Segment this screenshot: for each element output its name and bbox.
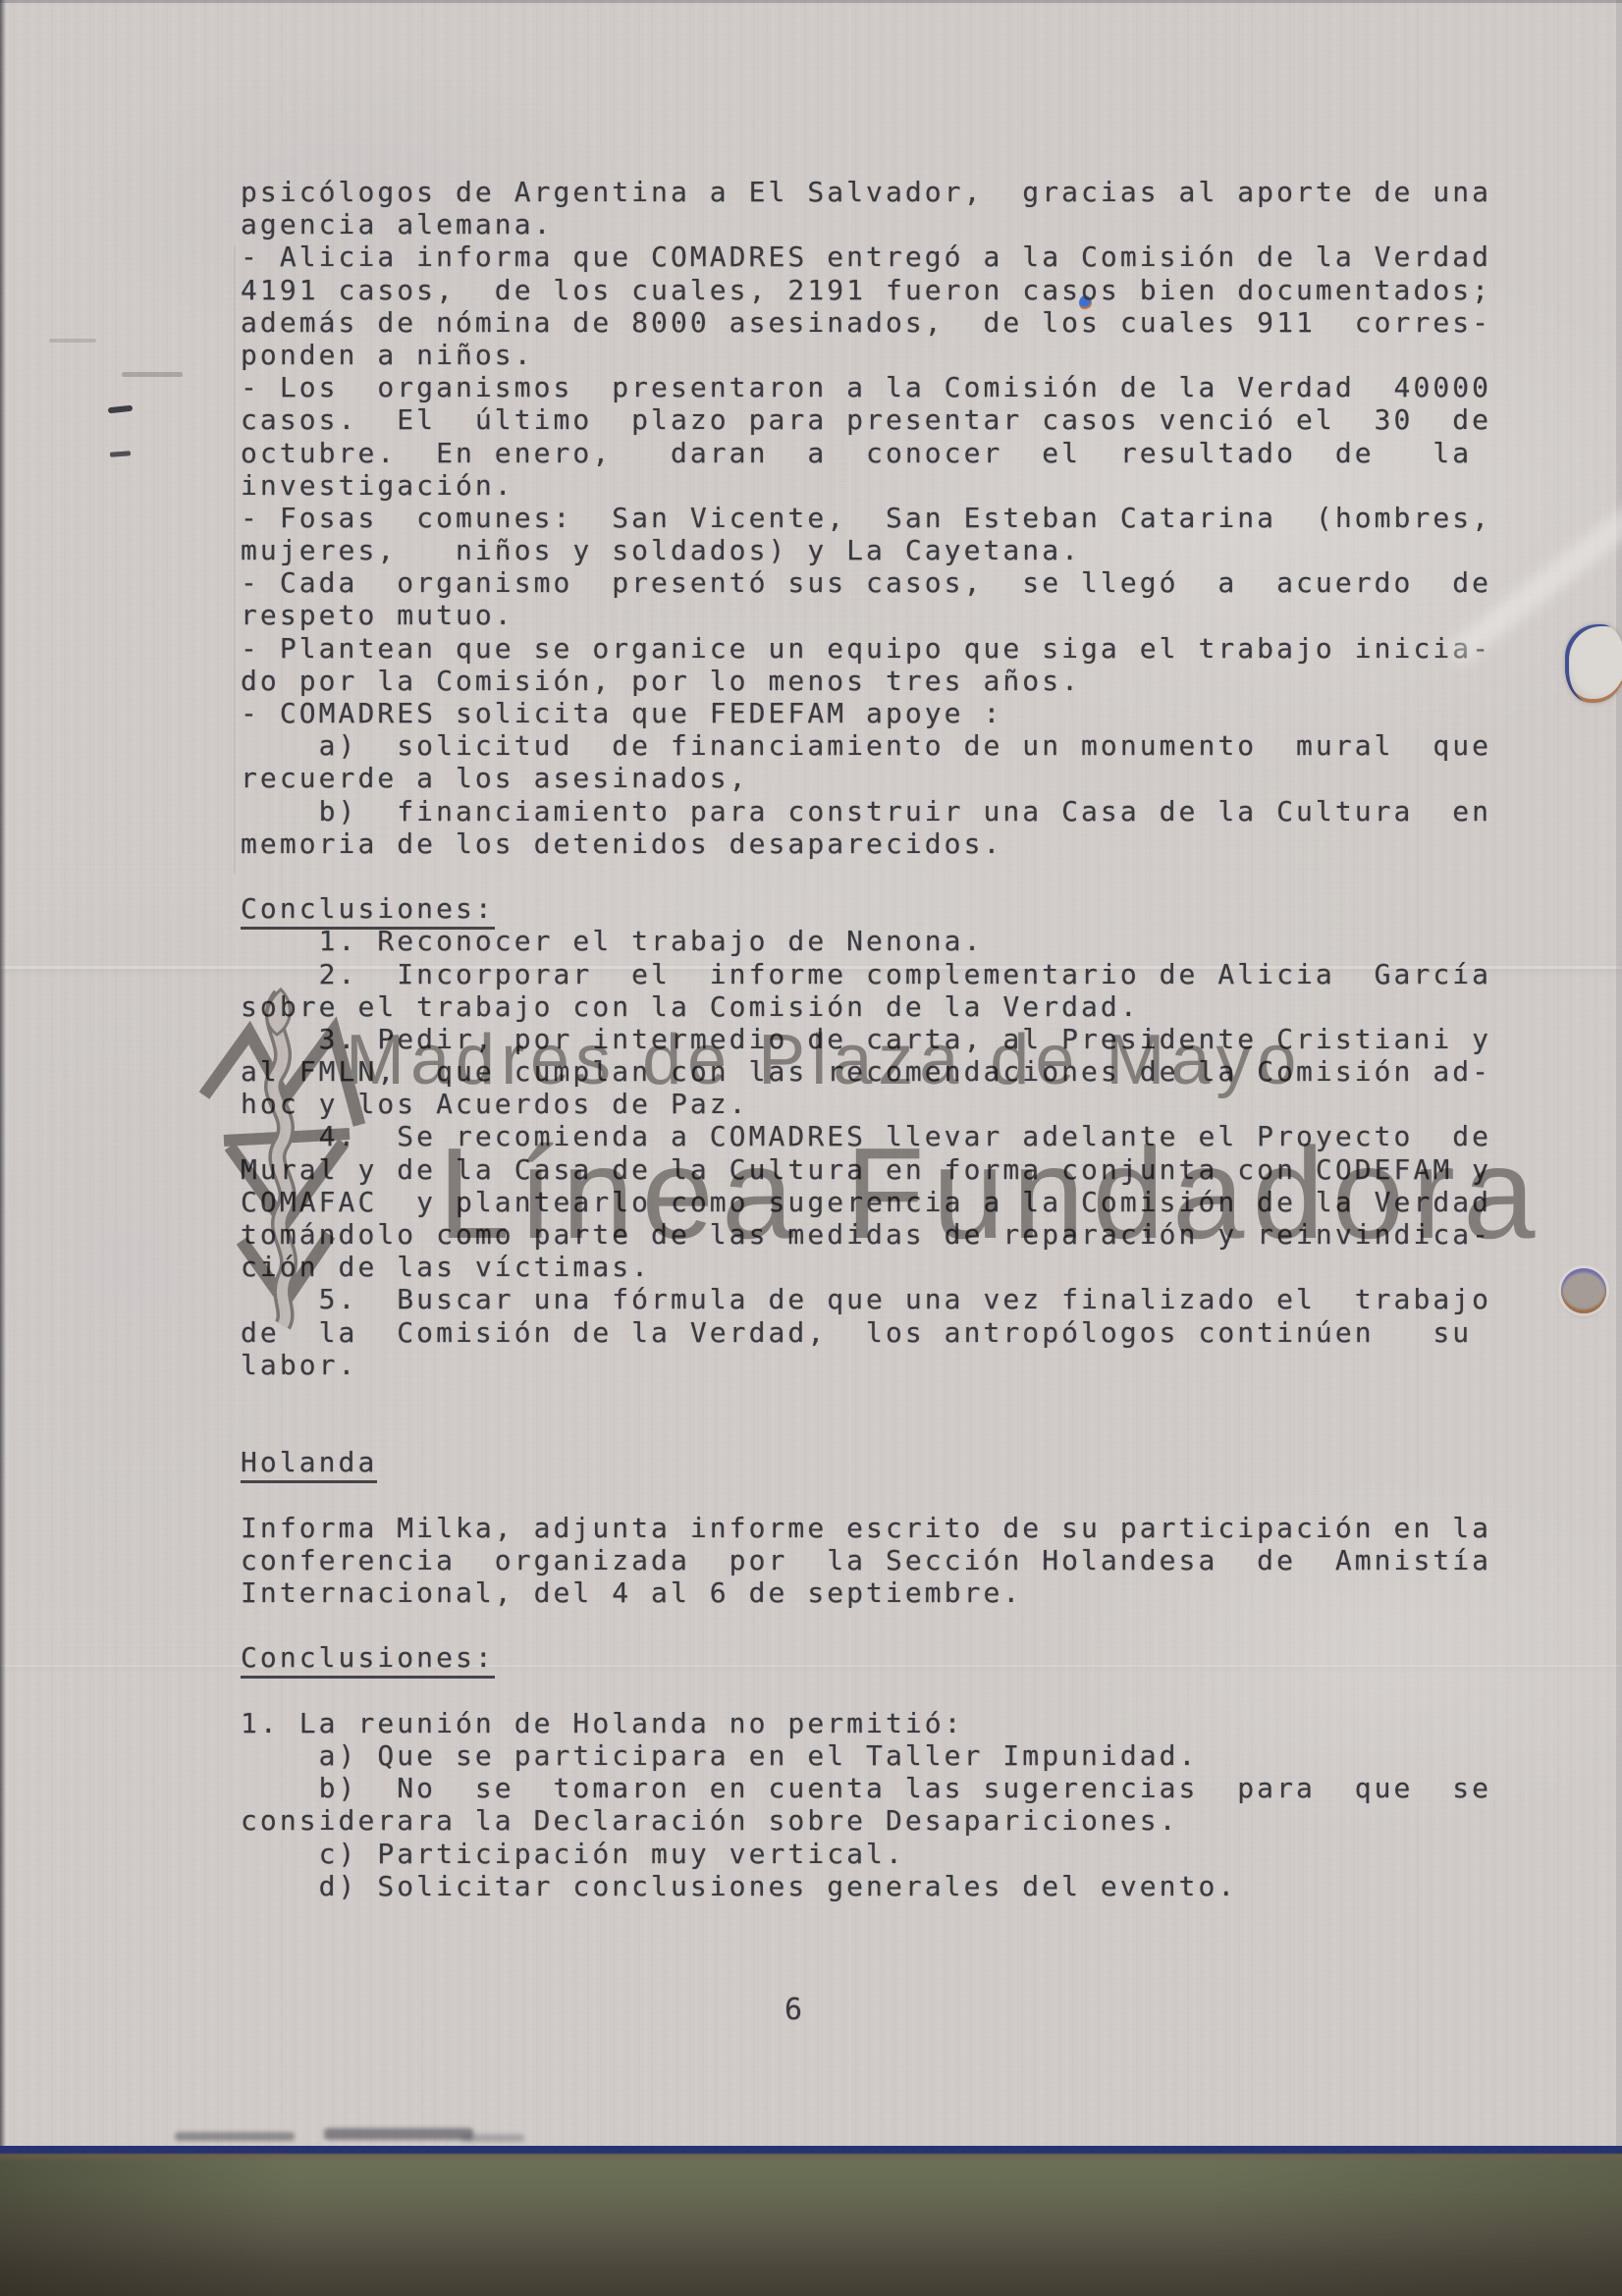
text-line: recuerde a los asesinados, <box>241 762 1491 794</box>
punched-hole <box>1561 1268 1606 1313</box>
edge-smudge <box>324 2128 473 2140</box>
text-line <box>241 1381 1491 1414</box>
text-line: 3. Pedir, por intermedio de carta, al Pr… <box>241 1023 1491 1055</box>
scan-left-edge <box>0 0 6 2296</box>
text-line: 5. Buscar una fórmula de que una vez fin… <box>241 1283 1491 1315</box>
text-line: COMAFAC y plantearlo como sugerencia a l… <box>241 1186 1491 1218</box>
scan-right-edge <box>1616 0 1622 2296</box>
text-line: investigación. <box>241 469 1491 502</box>
text-line: labor. <box>241 1349 1491 1381</box>
section-heading: Holanda <box>241 1446 1491 1478</box>
section-heading: Conclusiones: <box>241 1641 1491 1674</box>
margin-mark <box>110 451 131 456</box>
text-line <box>241 1609 1491 1641</box>
text-line <box>241 1414 1491 1446</box>
text-line: 2. Incorporar el informe complementario … <box>241 958 1491 990</box>
text-line: respeto mutuo. <box>241 599 1491 631</box>
text-line: 4191 casos, de los cuales, 2191 fueron c… <box>241 274 1491 306</box>
text-line: - COMADRES solicita que FEDEFAM apoye : <box>241 697 1491 729</box>
text-line: mujeres, niños y soldados) y La Cayetana… <box>241 534 1491 566</box>
text-line: 1. La reunión de Holanda no permitió: <box>241 1707 1491 1739</box>
text-line: - Alicia informa que COMADRES entregó a … <box>241 240 1491 273</box>
text-line: además de nómina de 8000 asesinados, de … <box>241 306 1491 339</box>
text-line: Internacional, del 4 al 6 de septiembre. <box>241 1576 1491 1609</box>
text-line: d) Solicitar conclusiones generales del … <box>241 1870 1491 1902</box>
text-line: a) solicitud de financiamiento de un mon… <box>241 729 1491 762</box>
text-line: conferencia organizada por la Sección Ho… <box>241 1544 1491 1576</box>
text-line <box>241 1479 1491 1512</box>
text-line: octubre. En enero, daran a conocer el re… <box>241 437 1491 469</box>
text-line: 4. Se recomienda a COMADRES llevar adela… <box>241 1120 1491 1152</box>
text-line: ponden a niños. <box>241 339 1491 371</box>
text-line: psicólogos de Argentina a El Salvador, g… <box>241 176 1491 208</box>
margin-mark <box>108 405 133 414</box>
edge-smudge <box>175 2132 295 2141</box>
margin-mark <box>122 372 183 377</box>
text-line: - Plantean que se organice un equipo que… <box>241 632 1491 665</box>
scanner-bed <box>0 2146 1622 2296</box>
text-line: sobre el trabajo con la Comisión de la V… <box>241 990 1491 1023</box>
text-line: - Fosas comunes: San Vicente, San Esteba… <box>241 502 1491 534</box>
text-line: 1. Reconocer el trabajo de Nenona. <box>241 925 1491 957</box>
text-line: considerara la Declaración sobre Desapar… <box>241 1804 1491 1837</box>
text-line: hoc y los Acuerdos de Paz. <box>241 1088 1491 1120</box>
margin-mark <box>49 339 96 343</box>
text-line: de la Comisión de la Verdad, los antropó… <box>241 1316 1491 1349</box>
section-heading: Conclusiones: <box>241 892 1491 925</box>
text-line: a) Que se participara en el Taller Impun… <box>241 1739 1491 1772</box>
text-line: b) No se tomaron en cuenta las sugerenci… <box>241 1772 1491 1804</box>
page-number: 6 <box>784 1993 804 2027</box>
text-line: tomándolo como parte de las medidas de r… <box>241 1218 1491 1251</box>
text-line: Informa Milka, adjunta informe escrito d… <box>241 1512 1491 1544</box>
paper-fold-vertical <box>234 245 236 874</box>
text-line: Mural y de la Casa de la Cultura en form… <box>241 1153 1491 1186</box>
text-line: agencia alemana. <box>241 208 1491 240</box>
text-line: memoria de los detenidos desaparecidos. <box>241 828 1491 860</box>
text-line: - Los organismos presentaron a la Comisi… <box>241 371 1491 403</box>
text-line <box>241 1675 1491 1707</box>
text-line <box>241 860 1491 892</box>
document-text: psicólogos de Argentina a El Salvador, g… <box>241 176 1491 1902</box>
edge-smudge <box>461 2134 524 2142</box>
text-line: ción de las víctimas. <box>241 1251 1491 1283</box>
text-line: al FMLN, que cumplan con las recomendaci… <box>241 1055 1491 1088</box>
text-line: c) Participación muy vertical. <box>241 1838 1491 1870</box>
text-line: do por la Comisión, por lo menos tres añ… <box>241 665 1491 697</box>
text-line: - Cada organismo presentó sus casos, se … <box>241 566 1491 599</box>
text-line: casos. El último plazo para presentar ca… <box>241 403 1491 436</box>
text-line: b) financiamiento para construir una Cas… <box>241 795 1491 828</box>
torn-paper-mark <box>1565 624 1622 703</box>
scanned-document-page: psicólogos de Argentina a El Salvador, g… <box>0 0 1622 2296</box>
scan-top-edge <box>0 0 1622 3</box>
